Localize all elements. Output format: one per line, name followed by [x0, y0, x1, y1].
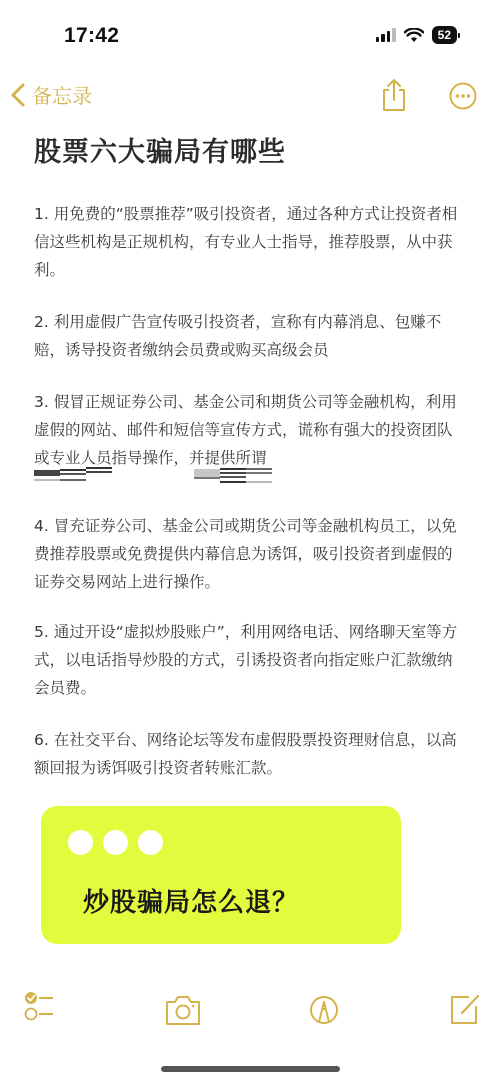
status-indicators: 52 — [376, 26, 460, 44]
checklist-icon[interactable] — [22, 990, 62, 1030]
more-options-icon[interactable] — [449, 82, 477, 110]
chevron-left-icon — [10, 82, 26, 108]
note-title: 股票六大骗局有哪些 — [34, 130, 474, 176]
note-paragraph-1: 1. 用免费的“股票推荐”吸引投资者，通过各种方式让投资者相信这些机构是正规机构… — [34, 200, 464, 284]
window-dots-icon — [68, 830, 163, 855]
share-icon[interactable] — [380, 78, 408, 112]
home-indicator[interactable] — [161, 1066, 340, 1072]
status-bar: 17:42 52 — [0, 0, 500, 70]
back-button[interactable]: 备忘录 — [10, 80, 92, 109]
note-paragraph-2: 2. 利用虚假广告宣传吸引投资者，宣称有内幕消息、包赚不赔，诱导投资者缴纳会员费… — [34, 308, 464, 364]
bottom-toolbar — [0, 990, 500, 1040]
markup-pen-icon[interactable] — [304, 990, 344, 1030]
camera-icon[interactable] — [163, 990, 203, 1030]
note-body[interactable]: 股票六大骗局有哪些 1. 用免费的“股票推荐”吸引投资者，通过各种方式让投资者相… — [34, 130, 474, 176]
nav-bar: 备忘录 — [0, 74, 500, 120]
banner-image: 炒股骗局怎么退？ — [41, 806, 401, 944]
battery-level: 52 — [432, 26, 457, 44]
redacted-text — [34, 466, 334, 486]
battery-icon: 52 — [432, 26, 460, 44]
compose-icon[interactable] — [445, 990, 485, 1030]
wifi-icon — [404, 28, 424, 43]
status-time: 17:42 — [64, 24, 119, 48]
note-paragraph-3: 3. 假冒正规证券公司、基金公司和期货公司等金融机构，利用虚假的网站、邮件和短信… — [34, 388, 464, 472]
note-paragraph-6: 6. 在社交平台、网络论坛等发布虚假股票投资理财信息，以高额回报为诱饵吸引投资者… — [34, 726, 464, 782]
banner-title: 炒股骗局怎么退？ — [83, 882, 299, 919]
cellular-signal-icon — [376, 28, 396, 42]
back-label: 备忘录 — [32, 80, 92, 109]
note-paragraph-4: 4. 冒充证券公司、基金公司或期货公司等金融机构员工，以免费推荐股票或免费提供内… — [34, 512, 464, 596]
note-paragraph-5: 5. 通过开设“虚拟炒股账户”，利用网络电话、网络聊天室等方式，以电话指导炒股的… — [34, 618, 464, 702]
